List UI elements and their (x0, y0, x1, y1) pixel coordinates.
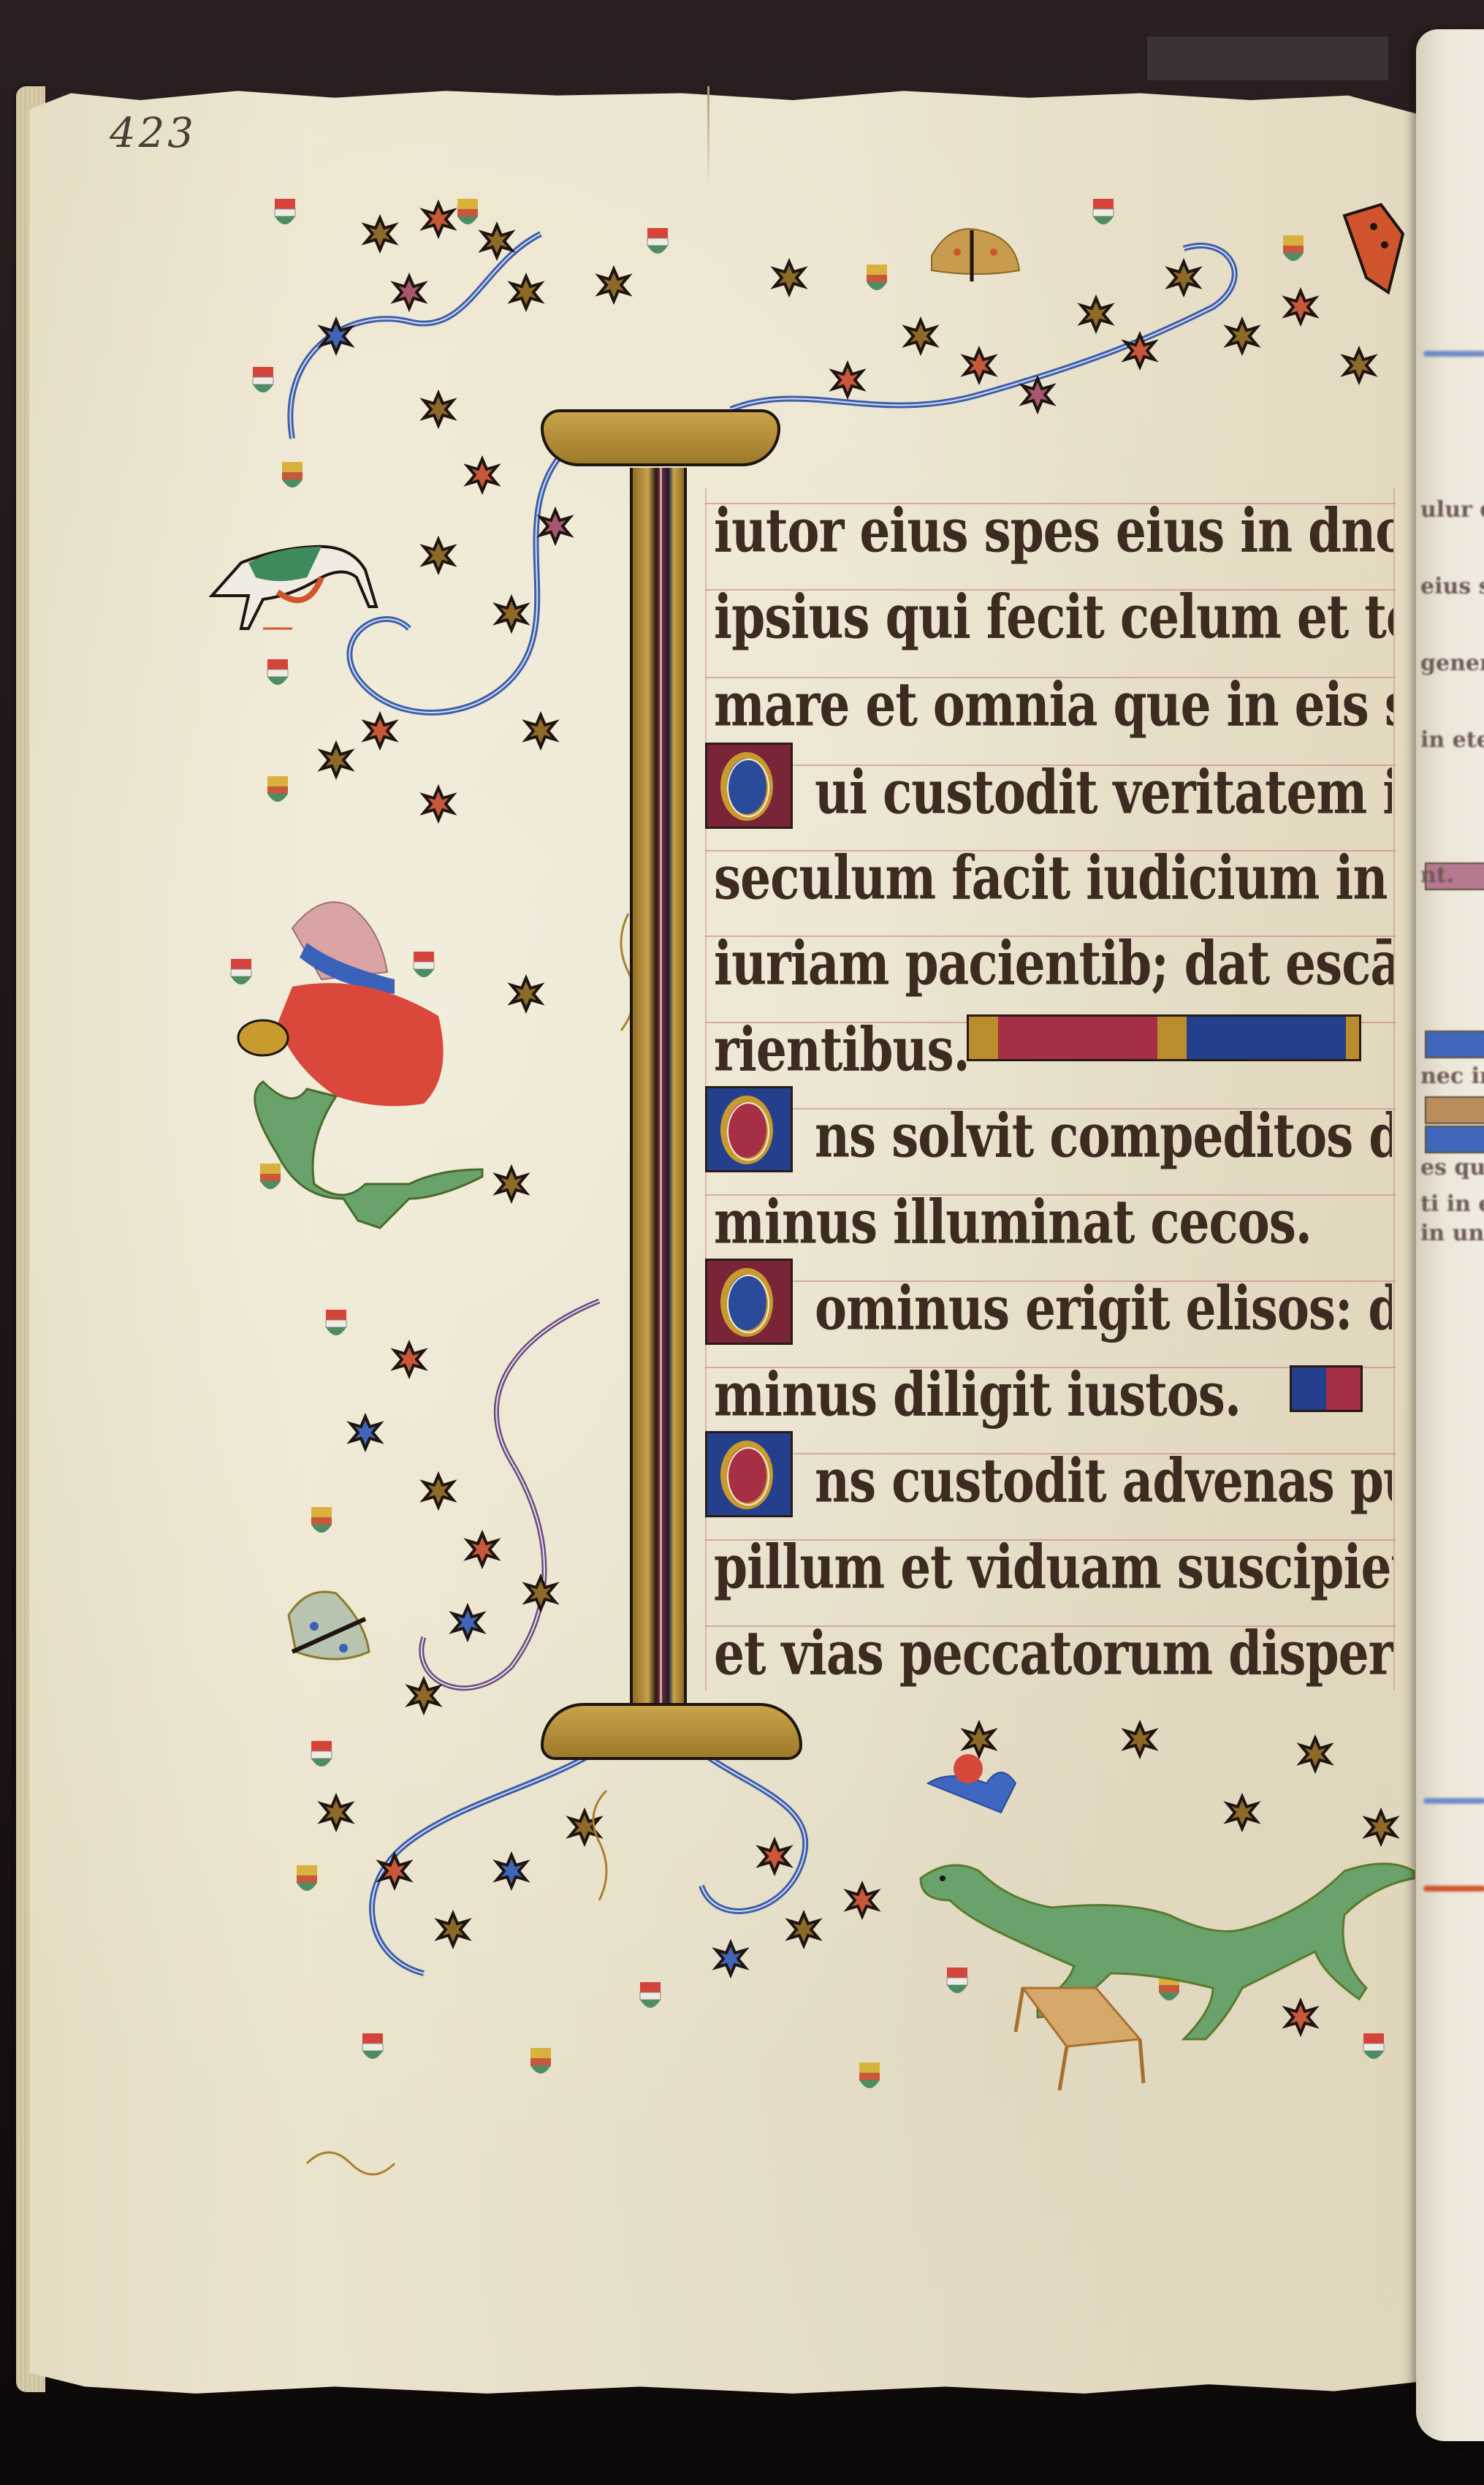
green-dog-illustration (921, 1754, 1414, 2039)
filler-gold-segment (969, 1017, 998, 1059)
adjacent-text-line: ti in eter (1420, 1191, 1484, 1217)
line-filler-band-2 (1290, 1365, 1363, 1412)
filler-blue-segment (1187, 1017, 1346, 1059)
filler-blue-segment (1292, 1367, 1326, 1410)
text-line-14: et vias peccatorum disperdet. (714, 1607, 1393, 1699)
text-line-7: rientibus. (714, 1004, 984, 1095)
filler-gold-segment (1346, 1017, 1359, 1059)
adjacent-vine (1423, 351, 1484, 357)
moth-red-illustration (1344, 205, 1403, 292)
filler-red-segment (998, 1017, 1157, 1059)
ruling-vertical-right (1393, 488, 1395, 1691)
filler-red-segment (1326, 1367, 1361, 1410)
initial-d-2 (705, 1259, 793, 1345)
large-initial-i-bottom (541, 1703, 802, 1760)
bird-illustration (212, 547, 376, 629)
text-line-10: ominus erigit elisos: do (815, 1262, 1392, 1354)
adjacent-line-filler (1425, 1096, 1484, 1124)
adjacent-text-line: eius spo (1420, 574, 1484, 599)
butterfly-blue-illustration (289, 1592, 369, 1659)
text-line-12: ns custodit advenas pu (815, 1435, 1392, 1526)
initial-q (705, 743, 793, 829)
adjacent-text-line: nt. (1420, 862, 1454, 888)
text-line-1: iutor eius spes eius in dno do (714, 485, 1393, 576)
text-line-9: minus illuminat cecos. (714, 1176, 1393, 1267)
adjacent-text-line: in unu (1420, 1221, 1484, 1246)
large-initial-i-top (541, 409, 780, 466)
initial-d-1 (705, 1086, 793, 1172)
adjacent-text-line: nec inu (1420, 1063, 1484, 1089)
initial-d-3-inner (727, 1447, 769, 1506)
text-line-11: minus diligit iustos. (714, 1348, 1284, 1440)
adjacent-vine (1423, 1886, 1484, 1892)
initial-q-inner (727, 759, 769, 817)
adjacent-text-line: ulur domi (1420, 497, 1484, 523)
text-line-6: iuriam pacientib; dat escā esu (714, 917, 1393, 1009)
text-line-2: ipsius qui fecit celum et terra (714, 571, 1393, 662)
adjacent-line-filler (1425, 1126, 1484, 1153)
filler-gold-segment (1157, 1017, 1187, 1059)
adjacent-text-line: genera (1420, 650, 1484, 676)
text-line-8: ns solvit compeditos do (815, 1090, 1392, 1181)
initial-d-3 (705, 1431, 793, 1517)
text-line-13: pillum et viduam suscipiet (714, 1521, 1393, 1612)
line-filler-band-1 (967, 1014, 1361, 1061)
butterfly-ochre-illustration (932, 229, 1019, 281)
adjacent-vine (1423, 1798, 1484, 1804)
wooden-table-illustration (1016, 1988, 1144, 2090)
adjacent-page: ulur domi eius spo genera in eterna nt. … (1416, 29, 1484, 2441)
initial-d-2-inner (727, 1275, 769, 1333)
text-line-5: seculum facit iudicium in (714, 832, 1393, 923)
text-block: iutor eius spes eius in dno do ipsius qu… (705, 488, 1396, 1691)
adjacent-line-filler (1425, 1031, 1484, 1058)
large-initial-i-stem (630, 468, 687, 1725)
adjacent-text-line: es quoi (1420, 1155, 1484, 1180)
text-line-3: mare et omnia que in eis sunt. (714, 659, 1393, 750)
initial-d-1-inner (727, 1102, 769, 1161)
adjacent-text-line: in eterna (1420, 727, 1484, 753)
hybrid-figure-illustration (238, 902, 482, 1228)
text-line-4: ui custodit veritatem in (815, 746, 1392, 838)
